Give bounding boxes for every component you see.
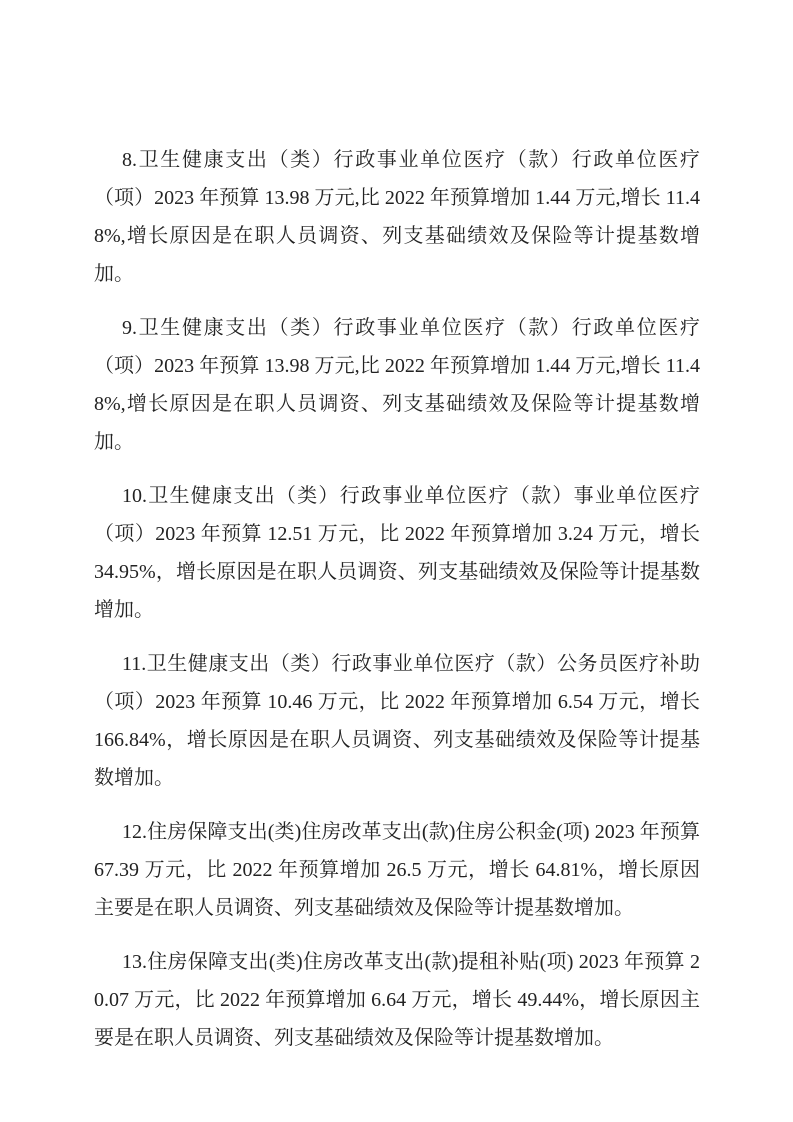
paragraph-item-11: 11.卫生健康支出（类）行政事业单位医疗（款）公务员医疗补助（项）2023 年预… — [94, 645, 700, 797]
paragraph-item-9: 9.卫生健康支出（类）行政事业单位医疗（款）行政单位医疗（项）2023 年预算 … — [94, 309, 700, 461]
document-page: 8.卫生健康支出（类）行政事业单位医疗（款）行政单位医疗（项）2023 年预算 … — [0, 0, 793, 1122]
paragraph-item-8: 8.卫生健康支出（类）行政事业单位医疗（款）行政单位医疗（项）2023 年预算 … — [94, 141, 700, 293]
document-body-text: 8.卫生健康支出（类）行政事业单位医疗（款）行政单位医疗（项）2023 年预算 … — [94, 141, 700, 1057]
paragraph-item-12: 12.住房保障支出(类)住房改革支出(款)住房公积金(项) 2023 年预算 6… — [94, 813, 700, 927]
paragraph-item-13: 13.住房保障支出(类)住房改革支出(款)提租补贴(项) 2023 年预算 20… — [94, 943, 700, 1057]
paragraph-item-10: 10.卫生健康支出（类）行政事业单位医疗（款）事业单位医疗（项）2023 年预算… — [94, 477, 700, 629]
